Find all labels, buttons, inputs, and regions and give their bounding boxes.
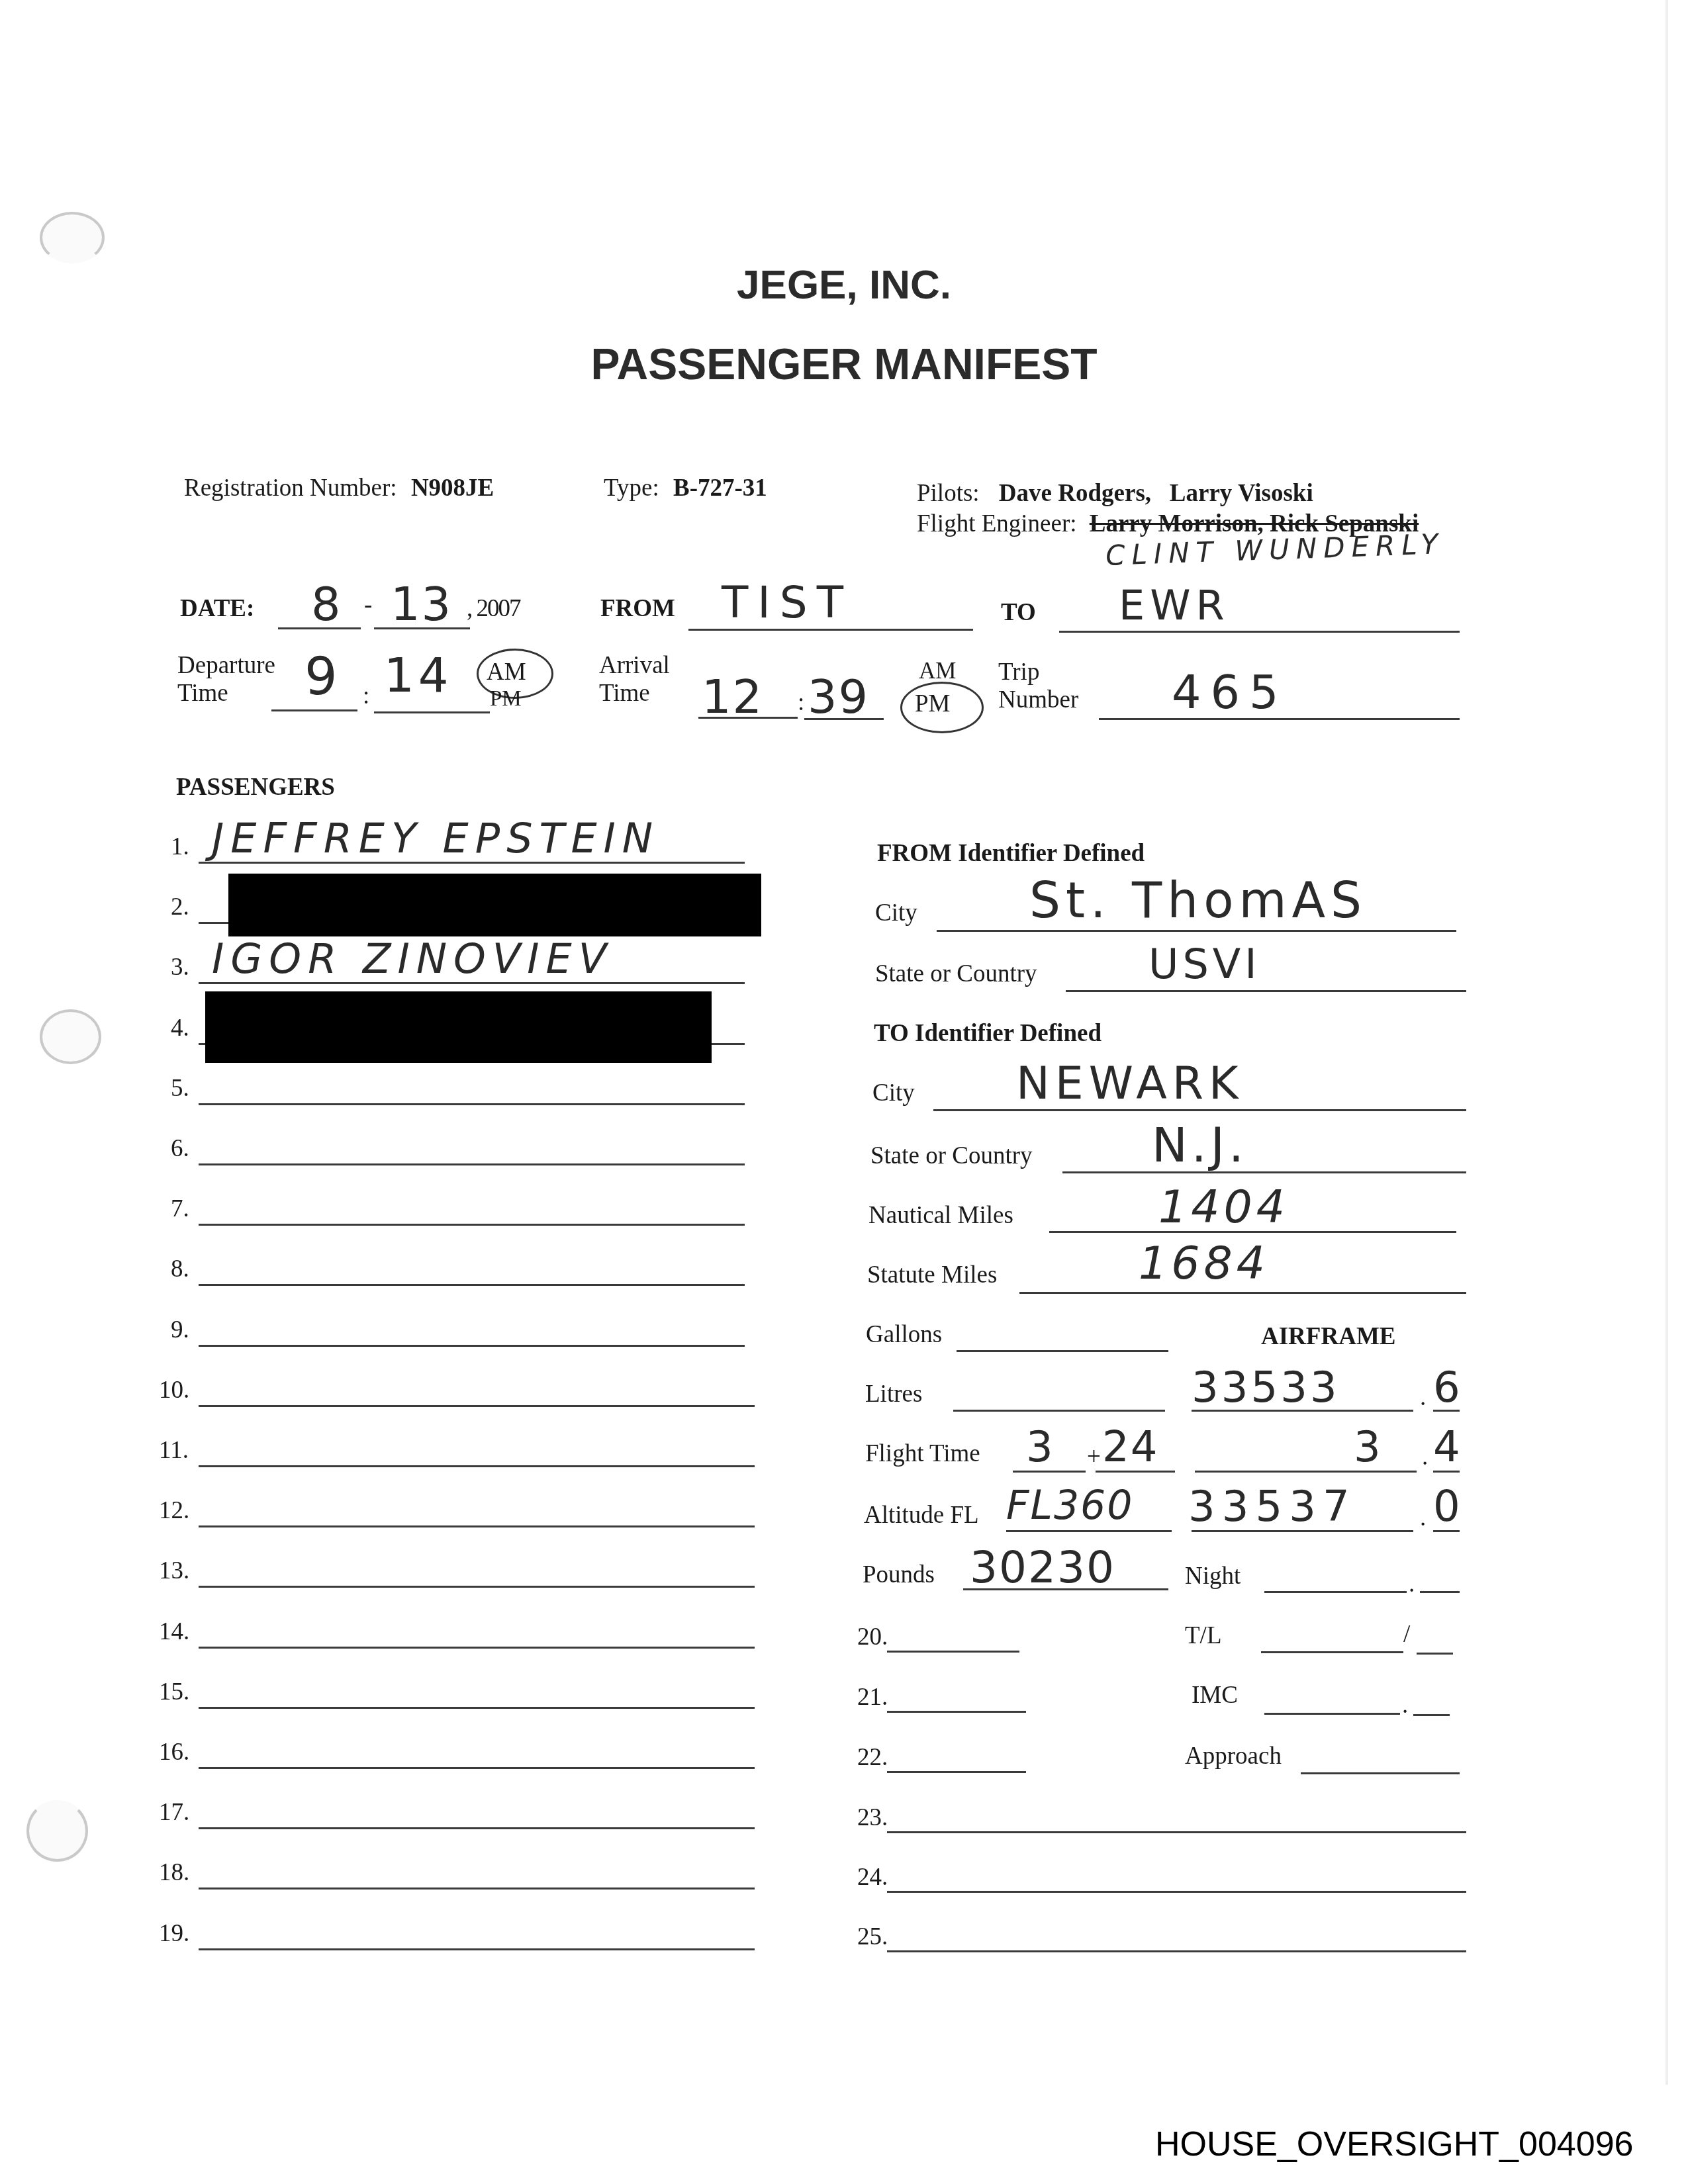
departure-hour-line [271, 709, 357, 711]
passengers-heading: PASSENGERS [176, 773, 335, 801]
type-label: Type: [604, 475, 659, 502]
departure-label: Departure Time [177, 652, 275, 707]
to-city-label: City [872, 1079, 915, 1107]
to-state-value[interactable]: N.J. [1152, 1117, 1248, 1173]
trip-number-label-line1: Trip [998, 659, 1078, 686]
date-sep: - [364, 591, 372, 619]
trip-number-label: Trip Number [998, 659, 1078, 714]
passenger-name-line[interactable] [199, 1525, 755, 1527]
from-state-value[interactable]: USVI [1149, 940, 1260, 988]
to-identifier-heading: TO Identifier Defined [874, 1019, 1102, 1048]
company-name: JEGE, INC. [0, 261, 1688, 308]
to-city-value[interactable]: NEWARK [1016, 1058, 1244, 1110]
statute-miles-value[interactable]: 1684 [1139, 1238, 1269, 1290]
imc-label: IMC [1192, 1681, 1238, 1709]
passenger-name-line[interactable] [199, 1224, 745, 1226]
passenger-number: 22. [857, 1743, 888, 1772]
from-state-line [1066, 990, 1466, 992]
gallons-line[interactable] [957, 1350, 1168, 1352]
pilots-label: Pilots: [917, 480, 980, 507]
passenger-number: 3. [171, 953, 189, 981]
departure-label-line2: Time [177, 680, 275, 707]
pounds-label: Pounds [863, 1561, 935, 1589]
from-label: FROM [600, 594, 675, 623]
type-value: B-727-31 [673, 475, 767, 502]
passenger-number: 14. [159, 1617, 189, 1646]
gallons-label: Gallons [866, 1320, 942, 1349]
flight-engineer-label: Flight Engineer: [917, 510, 1077, 537]
passenger-name-line[interactable] [199, 1345, 745, 1347]
passenger-number: 23. [857, 1803, 888, 1832]
night-dec-line[interactable] [1420, 1591, 1460, 1593]
airframe-start-dec[interactable]: 6 [1433, 1363, 1464, 1412]
pilots-value: Dave Rodgers, Larry Visoski [999, 480, 1313, 507]
passenger-number: 1. [171, 833, 189, 861]
airframe-time-value[interactable]: 3 [1354, 1423, 1385, 1472]
arrival-am[interactable]: AM [919, 658, 956, 684]
from-city-label: City [875, 899, 917, 927]
tl-dec-line[interactable] [1417, 1653, 1453, 1655]
date-day[interactable]: 13 [391, 577, 452, 631]
from-state-label: State or Country [875, 960, 1037, 988]
airframe-start-value[interactable]: 33533 [1192, 1363, 1340, 1412]
registration-field: Registration Number: N908JE [184, 474, 494, 502]
approach-line[interactable] [1301, 1772, 1460, 1774]
airframe-end-dot: . [1420, 1504, 1426, 1532]
departure-label-line1: Departure [177, 652, 275, 680]
passenger-name-line[interactable] [199, 1163, 745, 1165]
from-value[interactable]: TIST [722, 577, 853, 628]
airframe-start-dot: . [1420, 1383, 1426, 1412]
passenger-name-line[interactable] [887, 1891, 1466, 1893]
pilots-field: Pilots: Dave Rodgers, Larry Visoski [917, 479, 1313, 508]
arrival-hour[interactable]: 12 [702, 670, 763, 724]
imc-dec-line[interactable] [1413, 1714, 1450, 1716]
passenger-name-line[interactable] [199, 1103, 745, 1105]
passenger-number: 15. [159, 1678, 189, 1706]
altitude-label: Altitude FL [864, 1501, 979, 1529]
departure-hour[interactable]: 9 [305, 647, 342, 707]
passenger-number: 18. [159, 1858, 189, 1887]
trip-number-label-line2: Number [998, 686, 1078, 714]
passenger-name-line[interactable] [199, 1707, 755, 1709]
registration-value: N908JE [411, 475, 494, 502]
passenger-name-line[interactable] [199, 1948, 755, 1950]
passenger-name-line[interactable] [887, 1771, 1026, 1773]
passenger-name-line[interactable] [199, 1827, 755, 1829]
passenger-name-line[interactable] [199, 1767, 755, 1769]
from-city-line [937, 930, 1456, 932]
night-line[interactable] [1264, 1591, 1407, 1593]
redaction-block-passenger-2 [228, 874, 761, 936]
page-title: PASSENGER MANIFEST [0, 339, 1688, 389]
to-state-label: State or Country [870, 1142, 1033, 1170]
to-value[interactable]: EWR [1119, 581, 1230, 629]
passenger-name-line[interactable] [199, 1405, 755, 1407]
binder-hole-middle [40, 1009, 101, 1064]
statute-miles-line [1019, 1292, 1466, 1294]
date-month[interactable]: 8 [311, 577, 345, 631]
passenger-number: 8. [171, 1255, 189, 1283]
tl-line[interactable] [1261, 1651, 1403, 1653]
passenger-number: 19. [159, 1919, 189, 1948]
departure-pm[interactable]: PM [490, 687, 522, 711]
type-field: Type: B-727-31 [604, 474, 767, 502]
passenger-name-line[interactable] [199, 1465, 755, 1467]
imc-dot: . [1402, 1691, 1408, 1719]
passenger-number: 25. [857, 1923, 888, 1951]
airframe-time-dot: . [1422, 1443, 1428, 1471]
to-state-line [1062, 1171, 1466, 1173]
passenger-name-line[interactable] [887, 1651, 1019, 1653]
passenger-name-line[interactable] [199, 1647, 755, 1649]
passenger-number: 20. [857, 1623, 888, 1651]
arrival-label-line1: Arrival [599, 652, 670, 680]
arrival-label: Arrival Time [599, 652, 670, 707]
to-label: TO [1001, 598, 1036, 627]
tl-slash: / [1403, 1620, 1410, 1649]
passenger-name[interactable]: JEFFREY EPSTEIN [212, 814, 659, 862]
departure-min-line [374, 711, 490, 713]
to-line [1059, 631, 1460, 633]
passenger-number: 21. [857, 1683, 888, 1711]
passenger-number: 6. [171, 1134, 189, 1163]
passenger-number: 11. [159, 1436, 189, 1465]
night-label: Night [1185, 1562, 1241, 1590]
arrival-min[interactable]: 39 [808, 670, 869, 724]
litres-line[interactable] [953, 1410, 1165, 1412]
airframe-end-dec[interactable]: 0 [1433, 1482, 1464, 1531]
passenger-number: 5. [171, 1074, 189, 1103]
passenger-name[interactable]: IGOR ZINOVIEV [212, 934, 613, 983]
trip-number-value[interactable]: 465 [1172, 665, 1288, 719]
date-label: DATE: [180, 594, 254, 623]
flight-time-label: Flight Time [865, 1439, 980, 1468]
passenger-number: 10. [159, 1376, 189, 1404]
passenger-name-line[interactable] [887, 1950, 1466, 1952]
pounds-value[interactable]: 30230 [970, 1542, 1115, 1593]
passenger-name-line[interactable] [887, 1831, 1466, 1833]
nautical-miles-label: Nautical Miles [868, 1201, 1013, 1230]
passenger-number: 13. [159, 1557, 189, 1585]
redaction-block-passenger-4 [205, 991, 712, 1063]
tl-label: T/L [1185, 1621, 1221, 1650]
altitude-line [1006, 1530, 1172, 1532]
nautical-miles-value[interactable]: 1404 [1158, 1181, 1289, 1234]
from-city-value[interactable]: St. ThomAS [1029, 872, 1367, 929]
departure-colon: : [363, 682, 369, 710]
airframe-heading: AIRFRAME [1261, 1322, 1395, 1351]
arrival-pm-selected-circle [900, 682, 984, 733]
imc-line[interactable] [1264, 1713, 1400, 1715]
page-edge-shadow [1665, 0, 1668, 2085]
passenger-number: 17. [159, 1798, 189, 1827]
passenger-number: 24. [857, 1863, 888, 1891]
passenger-number: 4. [171, 1014, 189, 1042]
from-identifier-heading: FROM Identifier Defined [877, 839, 1145, 868]
passenger-number: 2. [171, 893, 189, 921]
binder-hole-top [40, 212, 105, 263]
date-year: , 2007 [467, 594, 520, 623]
flight-time-hours[interactable]: 3 [1026, 1423, 1057, 1472]
flight-time-plus: + [1087, 1443, 1101, 1471]
passenger-name-line[interactable] [887, 1711, 1026, 1713]
passenger-number: 7. [171, 1195, 189, 1223]
approach-label: Approach [1185, 1742, 1282, 1770]
binder-hole-bottom [26, 1800, 88, 1862]
from-line [688, 629, 973, 631]
arrival-colon: : [798, 688, 804, 717]
flight-time-minutes[interactable]: 24 [1102, 1423, 1158, 1472]
airframe-time-dec[interactable]: 4 [1433, 1423, 1464, 1472]
departure-min[interactable]: 14 [384, 647, 453, 703]
statute-miles-label: Statute Miles [867, 1261, 997, 1289]
passenger-name-line[interactable] [199, 1888, 755, 1889]
passenger-name-line[interactable] [199, 1284, 745, 1286]
bates-number: HOUSE_OVERSIGHT_004096 [1155, 2124, 1634, 2164]
altitude-value[interactable]: FL360 [1006, 1482, 1133, 1529]
passenger-name-line[interactable] [199, 1586, 755, 1588]
airframe-end-value[interactable]: 33537 [1188, 1482, 1356, 1531]
passenger-number: 12. [159, 1496, 189, 1525]
registration-label: Registration Number: [184, 475, 397, 502]
arrival-label-line2: Time [599, 680, 670, 707]
passenger-number: 16. [159, 1738, 189, 1766]
night-dot: . [1409, 1570, 1415, 1598]
litres-label: Litres [865, 1380, 922, 1408]
passenger-number: 9. [171, 1316, 189, 1344]
